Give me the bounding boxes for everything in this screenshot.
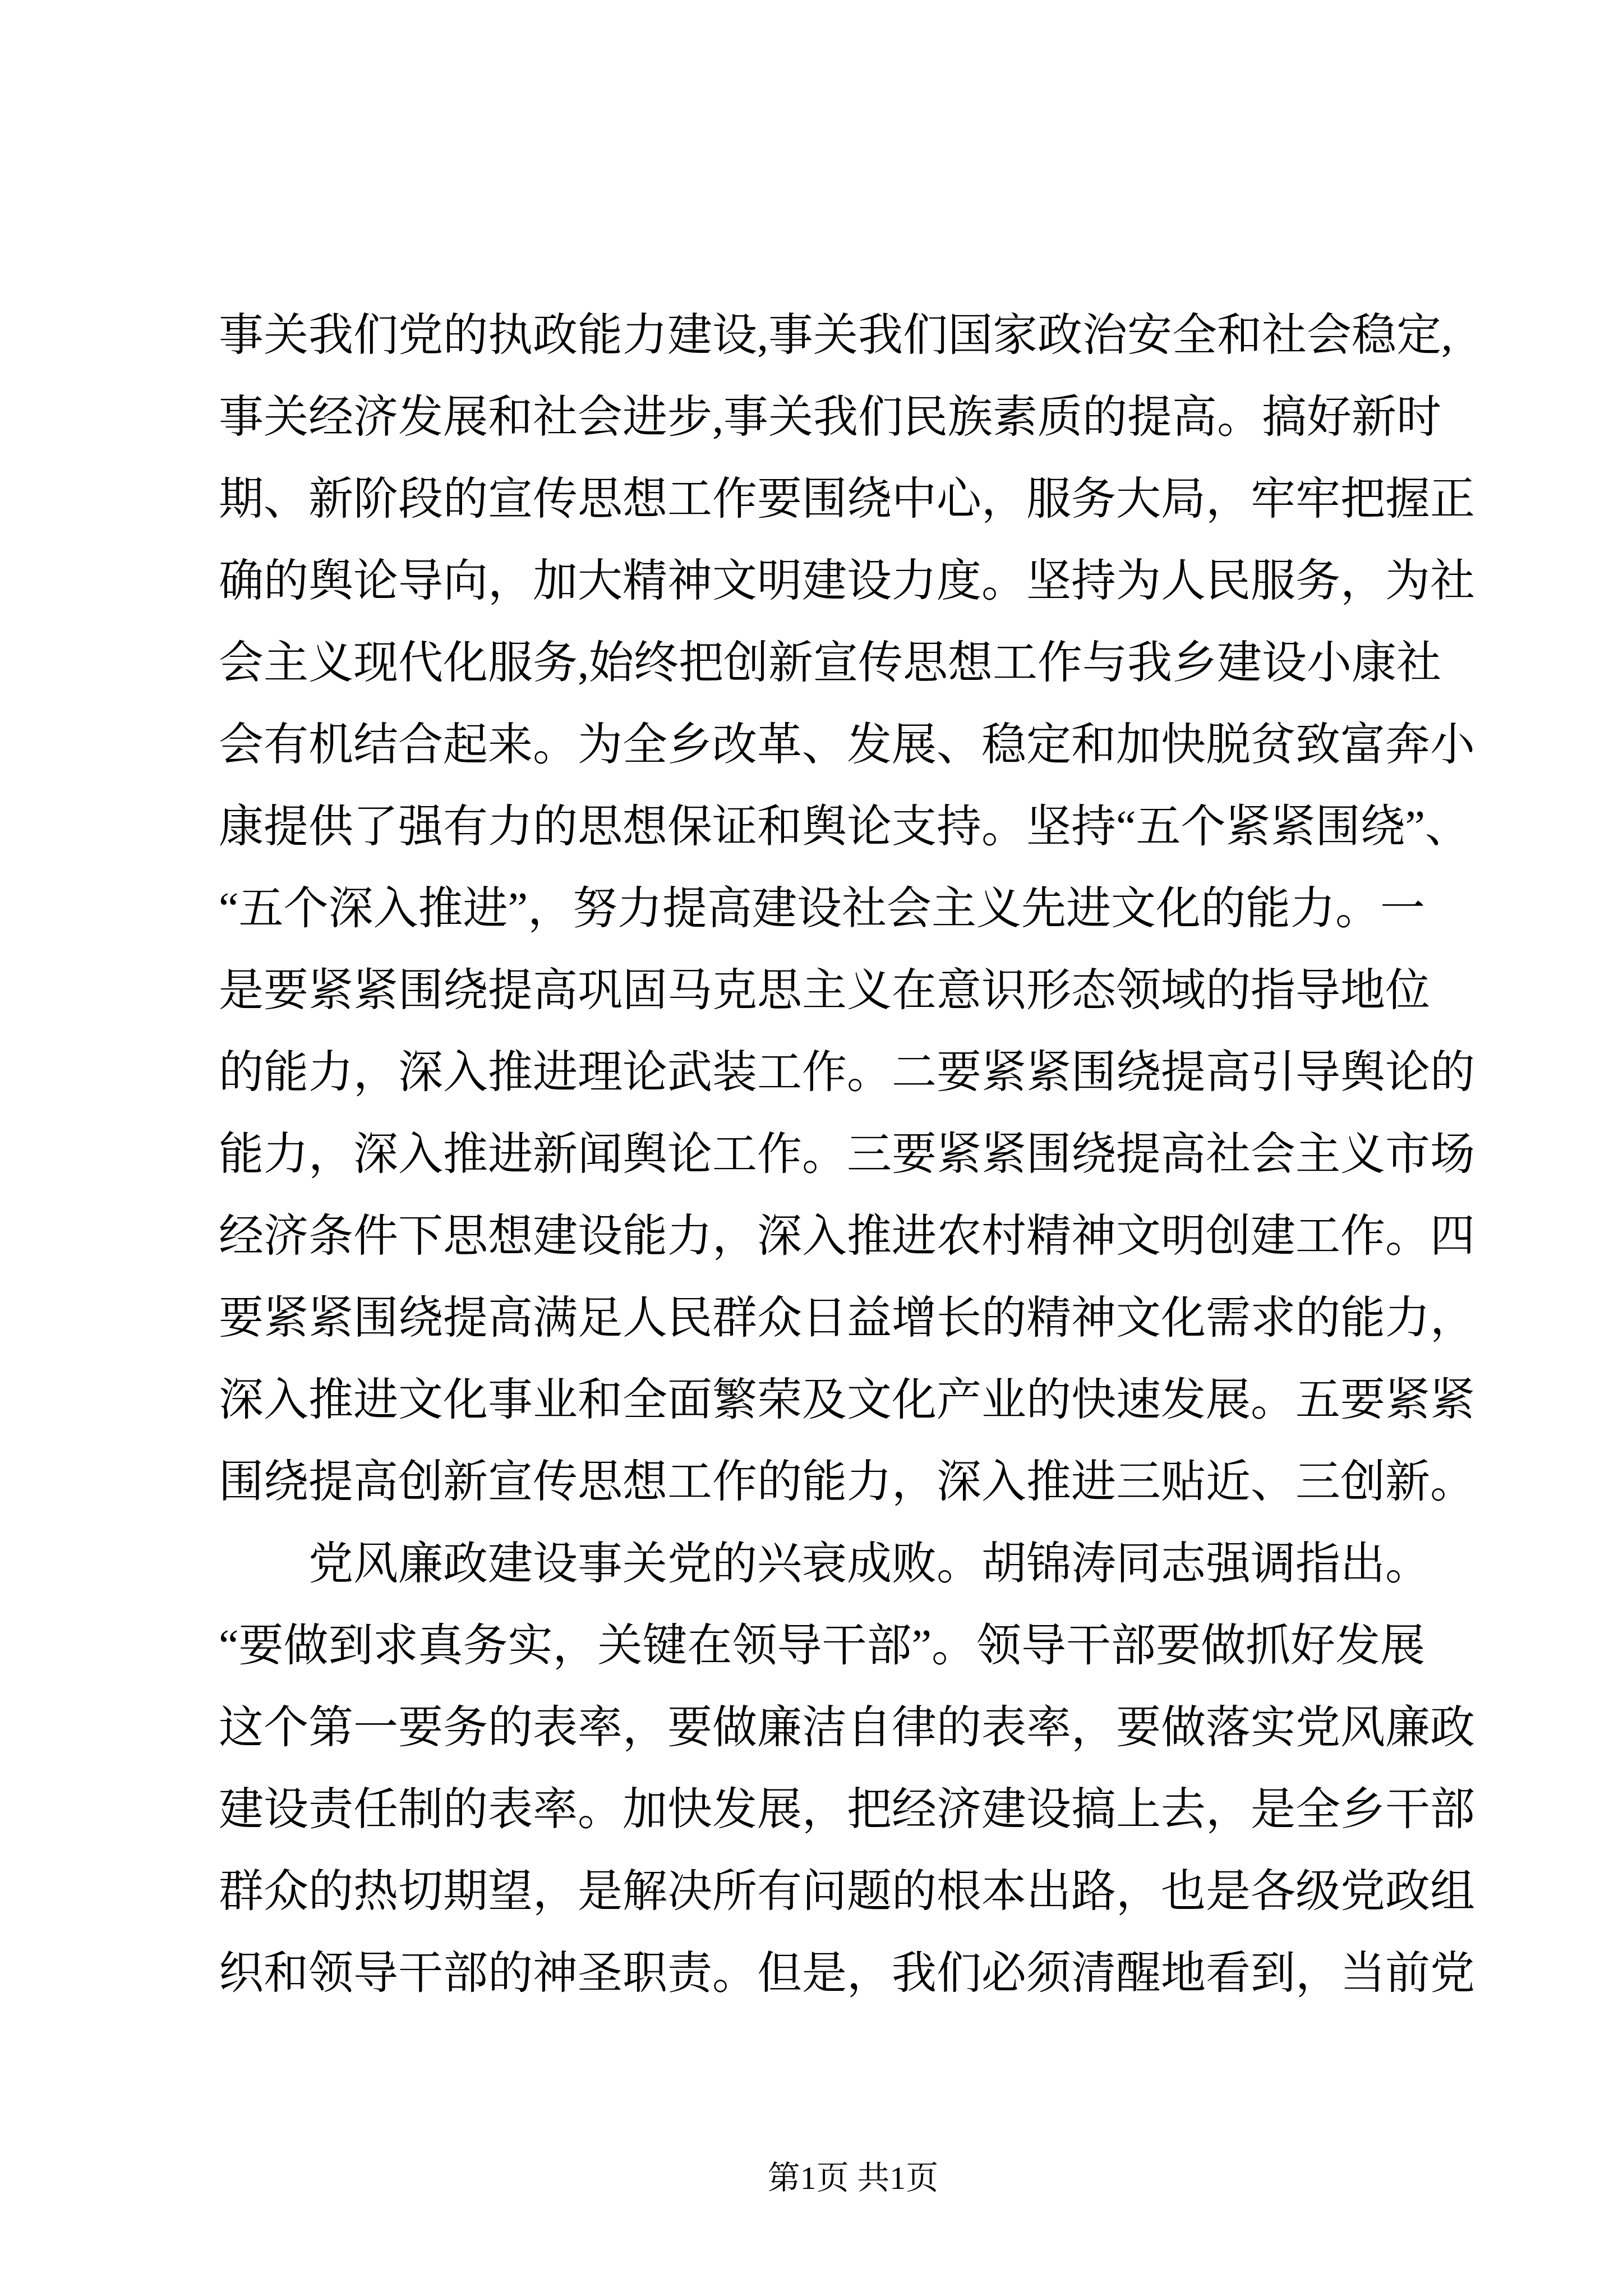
text-line: 能力，深入推进新闻舆论工作。三要紧紧围绕提高社会主义市场 [219,1114,1486,1195]
page-number-text: 第1页 共1页 [768,2160,939,2196]
text-line: 经济条件下思想建设能力，深入推进农村精神文明创建工作。四 [219,1195,1486,1277]
text-line: 要紧紧围绕提高满足人民群众日益增长的精神文化需求的能力， [219,1277,1486,1359]
text-line: 期、新阶段的宣传思想工作要围绕中心，服务大局，牢牢把握正 [219,458,1486,540]
document-page: 事关我们党的执政能力建设,事关我们国家政治安全和社会稳定,事关经济发展和社会进步… [0,0,1623,2296]
document-body: 事关我们党的执政能力建设,事关我们国家政治安全和社会稳定,事关经济发展和社会进步… [219,295,1486,2014]
text-line: “五个深入推进”，努力提高建设社会主义先进文化的能力。一 [219,868,1486,950]
text-line: 康提供了强有力的思想保证和舆论支持。坚持“五个紧紧围绕”、 [219,786,1486,868]
text-line: 会主义现代化服务,始终把创新宣传思想工作与我乡建设小康社 [219,622,1486,704]
text-line: 群众的热切期望，是解决所有问题的根本出路，也是各级党政组 [219,1851,1486,1932]
text-line: 是要紧紧围绕提高巩固马克思主义在意识形态领域的指导地位 [219,950,1486,1032]
text-line: 党风廉政建设事关党的兴衰成败。胡锦涛同志强调指出。 [219,1523,1486,1605]
text-line: 的能力，深入推进理论武装工作。二要紧紧围绕提高引导舆论的 [219,1032,1486,1114]
text-line: 深入推进文化事业和全面繁荣及文化产业的快速发展。五要紧紧 [219,1359,1486,1441]
text-line: 事关我们党的执政能力建设,事关我们国家政治安全和社会稳定, [219,295,1486,376]
text-line: 织和领导干部的神圣职责。但是，我们必须清醒地看到，当前党 [219,1932,1486,2014]
text-line: “要做到求真务实，关键在领导干部”。领导干部要做抓好发展 [219,1605,1486,1687]
text-line: 这个第一要务的表率，要做廉洁自律的表率，要做落实党风廉政 [219,1687,1486,1769]
text-line: 事关经济发展和社会进步,事关我们民族素质的提高。搞好新时 [219,376,1486,458]
text-line: 建设责任制的表率。加快发展，把经济建设搞上去，是全乡干部 [219,1769,1486,1851]
text-line: 会有机结合起来。为全乡改革、发展、稳定和加快脱贫致富奔小 [219,704,1486,786]
text-line: 围绕提高创新宣传思想工作的能力，深入推进三贴近、三创新。 [219,1441,1486,1523]
text-line: 确的舆论导向，加大精神文明建设力度。坚持为人民服务，为社 [219,540,1486,622]
page-footer: 第1页 共1页 [25,2119,1623,2237]
